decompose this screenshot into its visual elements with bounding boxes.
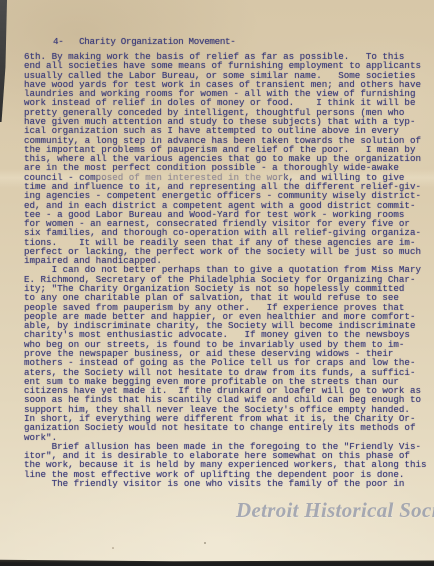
ink-speck: [204, 542, 206, 544]
scanned-document-page: 4- Charity Organization Movement- 6th. B…: [0, 0, 434, 566]
watermark-text: Detroit Historical Society: [236, 498, 434, 523]
paper: 4- Charity Organization Movement- 6th. B…: [0, 0, 434, 566]
page-header: 4- Charity Organization Movement-: [53, 37, 235, 47]
ink-speck: [112, 547, 114, 549]
body-text: 6th. By making work the basis of relief …: [24, 52, 426, 488]
